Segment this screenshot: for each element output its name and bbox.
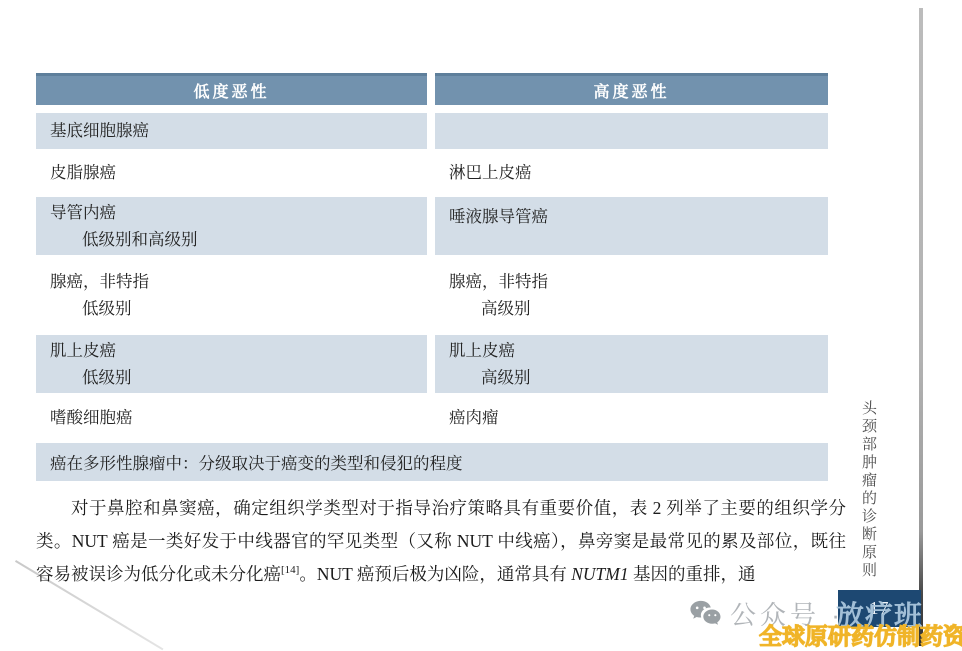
table-row: 基底细胞腺癌 bbox=[36, 113, 828, 149]
cell-subtext: 低级别 bbox=[36, 295, 427, 322]
cell-text: 淋巴上皮癌 bbox=[435, 160, 828, 186]
cell-subtext: 低级别 bbox=[36, 364, 427, 391]
cell-subtext: 低级别和高级别 bbox=[36, 226, 427, 253]
histology-grade-table: 低度恶性 高度恶性 基底细胞腺癌 皮脂腺癌 淋巴上皮癌 bbox=[36, 73, 828, 481]
cell-text: 基底细胞腺癌 bbox=[36, 118, 427, 144]
table-row: 嗜酸细胞癌 癌肉瘤 bbox=[36, 393, 828, 443]
cell-text: 皮脂腺癌 bbox=[36, 160, 427, 186]
table-header-high-grade: 高度恶性 bbox=[435, 73, 828, 105]
cell-subtext: 高级别 bbox=[435, 364, 828, 391]
cell-text: 肌上皮癌 bbox=[36, 337, 427, 364]
column-gap bbox=[427, 149, 435, 197]
column-gap bbox=[427, 255, 435, 335]
cell-text: 肌上皮癌 bbox=[435, 337, 828, 364]
cell-text: 腺癌，非特指 bbox=[435, 268, 828, 295]
column-header-label: 低度恶性 bbox=[193, 79, 269, 102]
cell-subtext: 高级别 bbox=[435, 295, 828, 322]
paragraph-segment: 。NUT 癌预后极为凶险，通常具有 bbox=[299, 564, 571, 584]
cell-text: 癌肉瘤 bbox=[435, 405, 828, 431]
paragraph-segment: 基因的重排，通 bbox=[629, 564, 756, 584]
cell-text: 唾液腺导管癌 bbox=[435, 203, 828, 230]
page-edge-line bbox=[919, 8, 923, 646]
column-gap bbox=[427, 197, 435, 255]
table-row: 皮脂腺癌 淋巴上皮癌 bbox=[36, 149, 828, 197]
column-gap bbox=[427, 113, 435, 149]
cell-text: 嗜酸细胞癌 bbox=[36, 405, 427, 431]
column-gap bbox=[427, 393, 435, 443]
table-header-low-grade: 低度恶性 bbox=[36, 73, 427, 105]
column-gap bbox=[427, 335, 435, 393]
empty-cell bbox=[435, 113, 828, 149]
column-header-label: 高度恶性 bbox=[593, 79, 669, 102]
chapter-vertical-title: 头颈部肿瘤的诊断原则 bbox=[858, 400, 879, 580]
cell-text: 腺癌，非特指 bbox=[36, 268, 427, 295]
cell-text: 导管内癌 bbox=[36, 199, 427, 226]
body-paragraph: 对于鼻腔和鼻窦癌，确定组织学类型对于指导治疗策略具有重要价值，表 2 列举了主要… bbox=[36, 492, 846, 591]
table-row: 导管内癌 低级别和高级别 唾液腺导管癌 bbox=[36, 197, 828, 255]
table-row: 肌上皮癌 低级别 肌上皮癌 高级别 bbox=[36, 335, 828, 393]
table-footnote: 癌在多形性腺瘤中：分级取决于癌变的类型和侵犯的程度 bbox=[36, 450, 463, 474]
column-gap bbox=[427, 73, 435, 105]
table-footer-row: 癌在多形性腺瘤中：分级取决于癌变的类型和侵犯的程度 bbox=[36, 443, 828, 481]
brand-watermark-red: 全球原研药仿制药资讯 bbox=[759, 618, 962, 651]
table-row: 腺癌，非特指 低级别 腺癌，非特指 高级别 bbox=[36, 255, 828, 335]
scanned-page: 低度恶性 高度恶性 基底细胞腺癌 皮脂腺癌 淋巴上皮癌 bbox=[0, 0, 962, 651]
table-header-row: 低度恶性 高度恶性 bbox=[36, 73, 828, 105]
wechat-icon bbox=[688, 599, 724, 629]
citation-superscript: [14] bbox=[281, 564, 299, 576]
gene-name-italic: NUTM1 bbox=[571, 564, 628, 584]
table-spacer bbox=[36, 105, 828, 113]
